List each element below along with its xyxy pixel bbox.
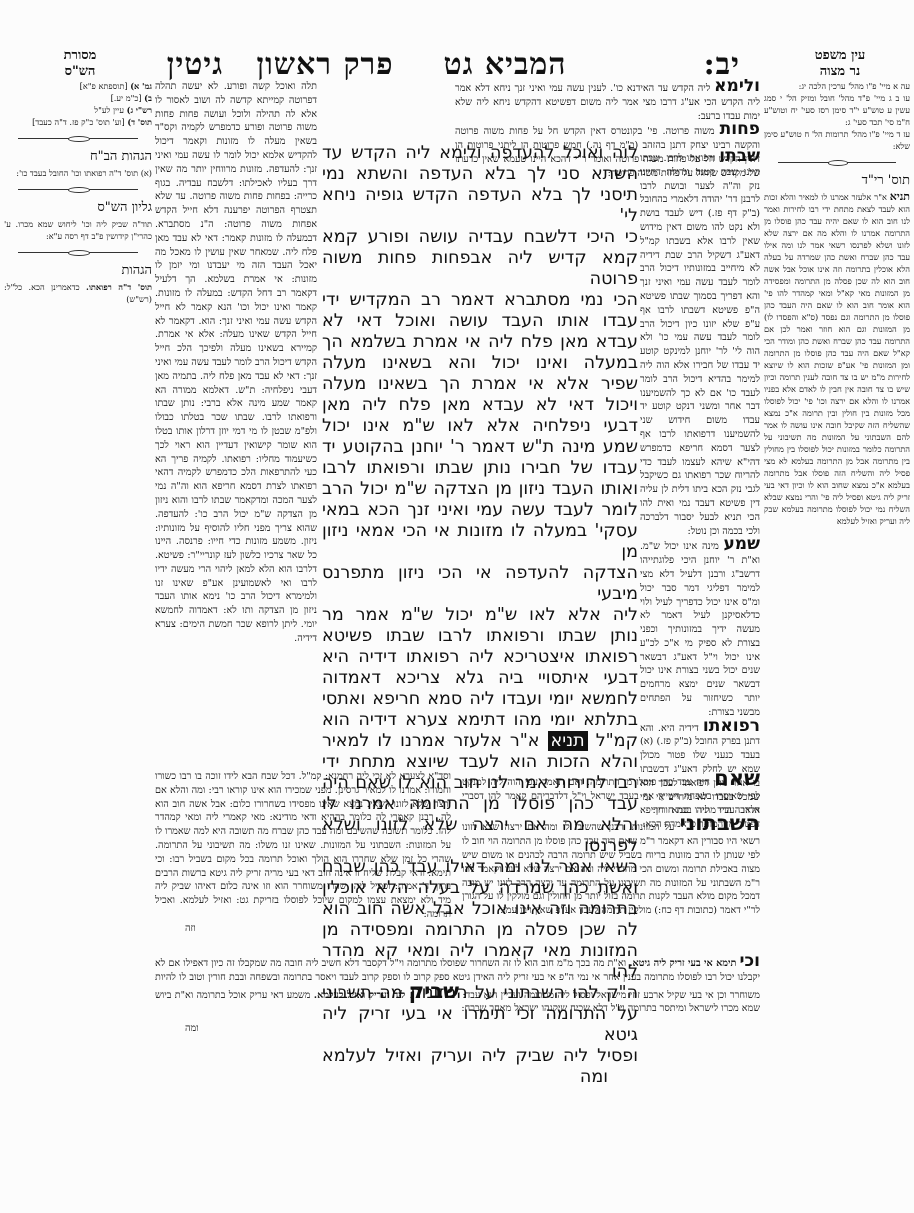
gemara-line: ליה אלא לאו ש"מ יכול ש"מ אמר מר [322, 605, 638, 626]
gemara-line: שמע מינה ת"ש דאמר ר' יוחנן בהקוטע יד [322, 437, 638, 458]
rashi-opener: רפואתו [703, 716, 760, 736]
gemara-line: במעלה ואינו יכול והא בשאינו מעלה [322, 353, 638, 374]
ornament-divider [18, 134, 138, 143]
tosafot-rid-text: תניא א"ר אלעזר אמרנו לו למאיר והלא זכות … [764, 191, 910, 527]
gemara-line: דבעי ניפלחיה אלא לאו ש"מ אינו יכול [322, 416, 638, 437]
gilyon-hashas-title: גליון הש"ס [4, 200, 152, 216]
mesoret-heading: מסורת הש"ס [30, 48, 130, 80]
ein-mishpat-column: עה א מיי' פ"ו מהל' ערכין הלכה יג: עו ב ג… [764, 80, 910, 527]
mesoret-entry: ב) [כ"מ יע.] [4, 92, 152, 104]
ornament-divider [18, 185, 138, 194]
tanya-box: תניא [548, 731, 588, 751]
gemara-line: הכי נמי מסתברא דאמר רב המקדיש ידי [322, 290, 638, 311]
gemara-line: השתא סני לך בלא העדפה והשתא נמי [322, 164, 638, 185]
tosafot-column: תלה ואוכל קשה ופורע. לא יעשה תהלה דפרוטה… [155, 80, 317, 646]
mesoret-text: [כ"מ יע.] [111, 93, 142, 103]
commentary-opener: שביק [409, 979, 459, 1003]
mesoret-label: תוס' [138, 117, 152, 127]
mesoret-marker: ב) [144, 93, 152, 103]
rashi-opener: שמע [723, 534, 760, 554]
mesoret-column: גמ' א) [תוספתא פ"א] ב) [כ"מ יע.] רש"י ג)… [4, 80, 152, 305]
tosafot-text: תלה ואוכל קשה ופורע. לא יעשה תהלה דפרוטה… [155, 80, 317, 646]
commentary-entry: וכי תימא אי בעי זריק ליה גיטא. וא"ת מה ב… [155, 955, 760, 1016]
gemara-line: ומה [322, 1067, 638, 1088]
gemara-line: לחמשא יומי ועבדו ליה סמא חריפא ואתסי [322, 689, 638, 710]
gemara-line: שפיר אלא אי אמרת הך בשאינו מעלה [322, 374, 638, 395]
chapter-name: המביא גט [410, 48, 600, 82]
mesoret-entry: רש"י ג) עיין לע"ל [4, 104, 152, 116]
commentary-entry: השבתוני על המזונות. רבנן שהשיבו לו ומה א… [462, 817, 760, 918]
catchword: וזה [155, 922, 451, 936]
hagahot-text: תוס' ד"ה רפואתו. כדאמרינן הכא. כל"ל: (רש… [4, 281, 152, 305]
rashi-entry: שבתו ורפואתו לרבו. שבתו היינו שבת קטנה ו… [640, 150, 760, 538]
hashas-title: הש"ס [30, 64, 130, 80]
chapter-number: פרק ראשון [230, 48, 420, 82]
gemara-line: הצדקה להעדפה אי הכי ניזון מתפרנס מיבעי [322, 563, 638, 605]
tosafot-text: וסד"א לצערא לא זכי ליה רחמנא: קמ"ל. דכל … [155, 770, 451, 922]
gemara-line: עסקי' במעלה לו מזונות אי הכי אמאי ניזון … [322, 521, 638, 563]
hagahot-title: הגהות [4, 263, 152, 279]
ornament-divider [18, 248, 138, 257]
ein-mishpat-title: עין משפט [790, 48, 890, 64]
ner-mitzvah-title: נר מצוה [790, 64, 890, 80]
gemara-line: נותן שבתו ורפואתו לרבו שבתו פשיטא [322, 626, 638, 647]
mesoret-label: רש"י [136, 105, 152, 115]
gemara-line: קמ"ל תניא א"ר אלעזר אמרנו לו למאיר [322, 731, 638, 752]
mesoret-marker: ג) [127, 105, 134, 115]
commentary-bold: ליה ועריק ואזיל לעלמא. [314, 990, 406, 1001]
rashi-entry: שמע מינה אינו יכול ש"מ. וא"ת ר' יוחנן הי… [640, 538, 760, 719]
tosafot-rid-opener: תניא [890, 190, 910, 203]
commentary-bold: תימא אי בעי זריק ליה גיטא. [629, 958, 736, 969]
ein-mishpat-heading: עין משפט נר מצוה [790, 48, 890, 80]
mesoret-title: מסורת [30, 48, 130, 64]
mesoret-text: עיין לע"ל [94, 105, 124, 115]
gemara-column: לוה ואוכל להעדפה ולימא ליה הקדש עד השתא … [322, 143, 638, 1088]
mesoret-entry: תוס' ד) [וע' תוס' כ"ק פז. ד"ה כעבד] [4, 116, 152, 128]
gemara-line: עבדו אותו העבד עושה ואוכל דאי לא [322, 311, 638, 332]
ornament-divider [778, 158, 896, 167]
gemara-line: ואותו העבד ניזון מן הצדקה ש"מ יכול הרב [322, 479, 638, 500]
gemara-line: קמא קדיש ליה אבפחות פחות משוה פרוטה [322, 248, 638, 290]
page-header: עין משפט נר מצוה יב: המביא גט פרק ראשון … [0, 40, 914, 70]
tosafot-rid-body: א"ר אלעזר אמרנו לו למאיר והלא זכות הוא ל… [764, 192, 910, 526]
hagahot-bach-text: (א) תוס' ד"ה רפואתו וכו' החובל בעבד כו': [4, 167, 152, 179]
bottom-commentary-full: וכי תימא אי בעי זריק ליה גיטא. וא"ת מה ב… [155, 955, 760, 1036]
rashi-opener: שבתו [719, 146, 760, 166]
rashi-opener: ולימא [714, 76, 760, 96]
catchword: ומה [155, 1022, 760, 1036]
commentary-opener: השבתוני [680, 811, 760, 835]
gemara-text: קמ"ל [596, 731, 638, 751]
ein-mishpat-entry: עו ב ג מיי' פ"ד מהל' חובל ומזיק הל' י סמ… [764, 92, 910, 128]
gilyon-hashas-text: תוד"ה שביק ליה וכו' ליחוש שמא מכרו. ע' כ… [4, 218, 152, 242]
mesoret-entry: גמ' א) [תוספתא פ"א] [4, 80, 152, 92]
rashi-text: מינה אינו יכול ש"מ. וא"ת ר' יוחנן היכי פ… [640, 541, 760, 718]
bottom-commentary-right: שאם היה עבד כהן פוסלו מן התרומה. ואם תאמ… [462, 772, 760, 918]
gemara-line: ויכול דאי לא עבדא מאן פלח ליה מאן [322, 395, 638, 416]
ein-mishpat-entry: עז ד מיי' פ"ו מהל' תרומות הל' ח טוש"ע סי… [764, 128, 910, 152]
commentary-opener: וכי [740, 951, 760, 971]
gemara-line: תיסני לך בלא העדפה הקדש גופיה ניחא לי' [322, 185, 638, 227]
rashi-opener: פחות [720, 119, 760, 139]
mesoret-marker: א) [130, 81, 139, 91]
mesoret-label: גמ' [142, 81, 152, 91]
tosafot-column-lower: וסד"א לצערא לא זכי ליה רחמנא: קמ"ל. דכל … [155, 770, 451, 936]
gemara-line: בתלתא יומי מהו דתימא צערא דידיה הוא [322, 710, 638, 731]
mesoret-text: [וע' תוס' כ"ק פז. ד"ה כעבד] [32, 117, 125, 127]
commentary-opener: שאם [714, 766, 760, 790]
gemara-line: לוה ואוכל להעדפה ולימא ליה הקדש עד [322, 143, 638, 164]
rashi-entry: ולימא ליה הקדש עד האידנא כו'. לענין עשה … [455, 80, 760, 123]
tosafot-rid-title: תוס' רי"ד [764, 173, 910, 189]
gemara-line: כי היכי דלשבח עבדיה עושה ופורע קמא [322, 227, 638, 248]
gemara-line: עבדו של חבירו נותן שבתו ורפואתו לרבו [322, 458, 638, 479]
rashi-text: ורפואתו לרבו. שבתו היינו שבת קטנה וגדולה… [640, 153, 760, 537]
gemara-line: עבדא מאן פלח ליה אי אמרת בשלמא הך [322, 332, 638, 353]
gemara-line: רפואתו איצטריכא ליה רפואתו דידיה היא [322, 647, 638, 668]
mesoret-text: [תוספתא פ"א] [80, 81, 128, 91]
gemara-text: א"ר אלעזר אמרנו לו למאיר [322, 731, 540, 751]
mesoret-marker: ד) [127, 117, 135, 127]
gemara-line: לומר לעבד עשה עמי ואיני זנך הכא במאי [322, 500, 638, 521]
gemara-line: ופסיל ליה שביק ליה ועריק ואזיל לעלמא [322, 1046, 638, 1067]
hagahot-bold: תוס' ד"ה רפואתו. [86, 282, 152, 292]
rashi-column-lower: שבתו ורפואתו לרבו. שבתו היינו שבת קטנה ו… [640, 150, 760, 832]
ein-mishpat-entry: עה א מיי' פ"ו מהל' ערכין הלכה יג: [764, 80, 910, 92]
commentary-text: על המזונות. רבנן שהשיבו לו ומה אם ירצה ש… [462, 822, 760, 916]
tractate-name: גיטין [150, 48, 240, 82]
gemara-line: דבעי איתסויי ביה גלא צריכא דאמדוה [322, 668, 638, 689]
hagahot-bach-title: הגהות הב"ח [4, 149, 152, 165]
